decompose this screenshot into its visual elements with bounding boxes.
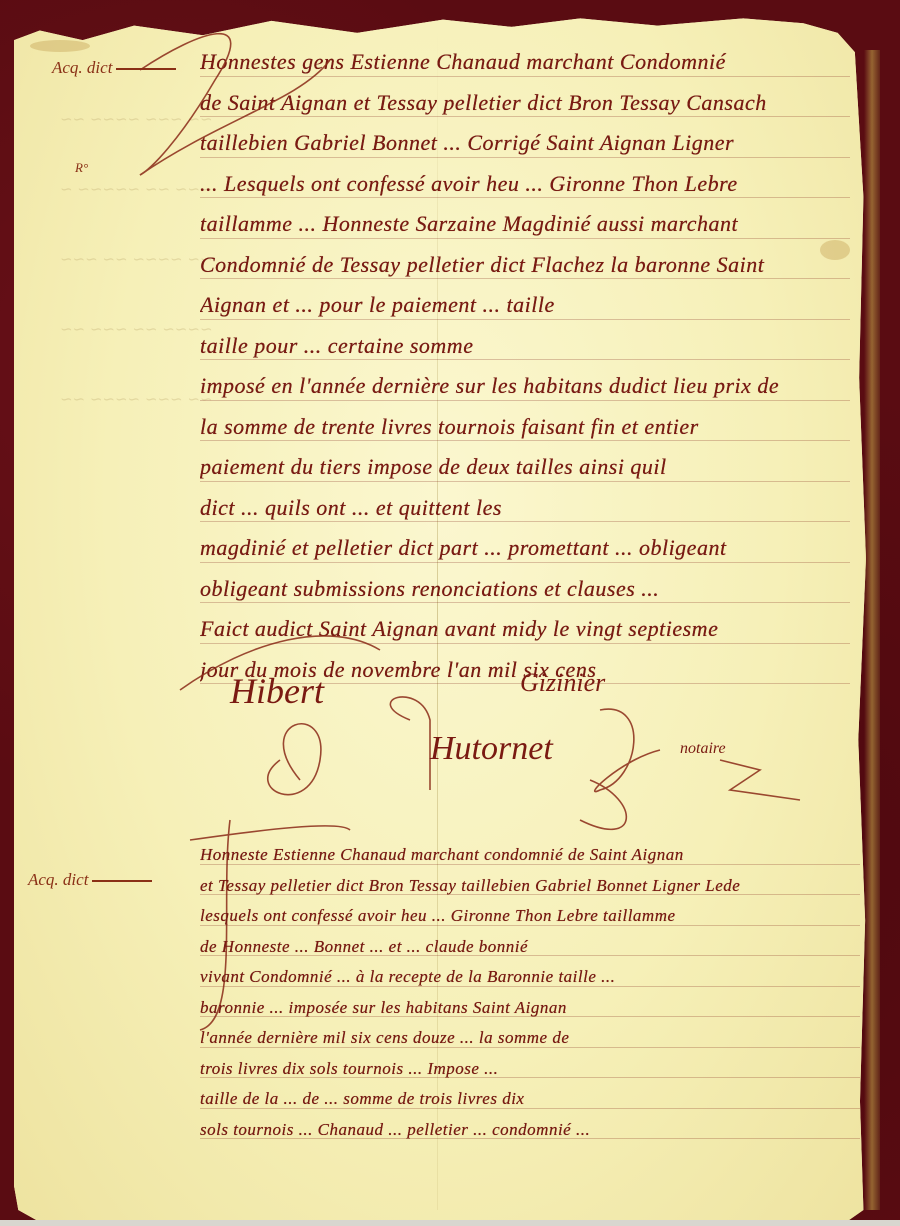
margin-note-entry-1: Acq. dict — [52, 58, 176, 78]
bleed-through-text: ~~ ~~~ ~~~~ ~~ — [60, 110, 213, 128]
bleed-through-text: ~~ ~~~ ~~~~ ~~ — [60, 390, 213, 408]
margin-note-entry-2: Acq. dict — [28, 870, 152, 890]
text-line: taille de la ... de ... somme de trois l… — [200, 1084, 860, 1115]
text-line: sols tournois ... Chanaud ... pelletier … — [200, 1115, 860, 1146]
margin-note-text: Acq. dict — [52, 58, 112, 77]
text-line: et Tessay pelletier dict Bron Tessay tai… — [200, 871, 860, 902]
bleed-through-text: ~~ ~~~~ ~~ ~~~ — [60, 250, 213, 268]
text-line: baronnie ... imposée sur les habitans Sa… — [200, 993, 860, 1024]
text-line: vivant Condomnié ... à la recepte de la … — [200, 962, 860, 993]
margin-mark: R° — [75, 160, 88, 176]
text-line: obligeant submissions renonciations et c… — [200, 569, 850, 610]
text-line: paiement du tiers impose de deux tailles… — [200, 447, 850, 488]
text-line: Condomnié de Tessay pelletier dict Flach… — [200, 245, 850, 286]
text-line: trois livres dix sols tournois ... Impos… — [200, 1054, 860, 1085]
text-line: imposé en l'année dernière sur les habit… — [200, 366, 850, 407]
text-line: taillamme ... Honneste Sarzaine Magdinié… — [200, 204, 850, 245]
text-line: de Saint Aignan et Tessay pelletier dict… — [200, 83, 850, 124]
text-line: de Honneste ... Bonnet ... et ... claude… — [200, 932, 860, 963]
text-line: lesquels ont confessé avoir heu ... Giro… — [200, 901, 860, 932]
text-line: Honnestes gens Estienne Chanaud marchant… — [200, 42, 850, 83]
torn-right-edge — [864, 50, 880, 1210]
text-line: ... Lesquels ont confessé avoir heu ... … — [200, 164, 850, 205]
bleed-through-text: ~~~ ~~ ~~~~~ ~ — [60, 180, 213, 198]
margin-dash — [92, 880, 152, 882]
text-line: Aignan et ... pour le paiement ... taill… — [200, 285, 850, 326]
text-line: taillebien Gabriel Bonnet ... Corrigé Sa… — [200, 123, 850, 164]
bleed-through-text: ~~~~ ~~ ~~~ ~~ — [60, 320, 213, 338]
text-line: jour du mois de novembre l'an mil six ce… — [200, 650, 850, 691]
text-line: magdinié et pelletier dict part ... prom… — [200, 528, 850, 569]
margin-dash — [116, 68, 176, 70]
text-line: Faict audict Saint Aignan avant midy le … — [200, 609, 850, 650]
margin-note-text: Acq. dict — [28, 870, 88, 889]
paper-stain — [30, 40, 90, 52]
text-line: la somme de trente livres tournois faisa… — [200, 407, 850, 448]
entry-2-body: Honneste Estienne Chanaud marchant condo… — [200, 840, 860, 1145]
bottom-edge — [0, 1220, 900, 1226]
text-line: dict ... quils ont ... et quittent les — [200, 488, 850, 529]
text-line: Honneste Estienne Chanaud marchant condo… — [200, 840, 860, 871]
text-line: taille pour ... certaine somme — [200, 326, 850, 367]
entry-1-body: Honnestes gens Estienne Chanaud marchant… — [200, 42, 850, 690]
text-line: l'année dernière mil six cens douze ... … — [200, 1023, 860, 1054]
